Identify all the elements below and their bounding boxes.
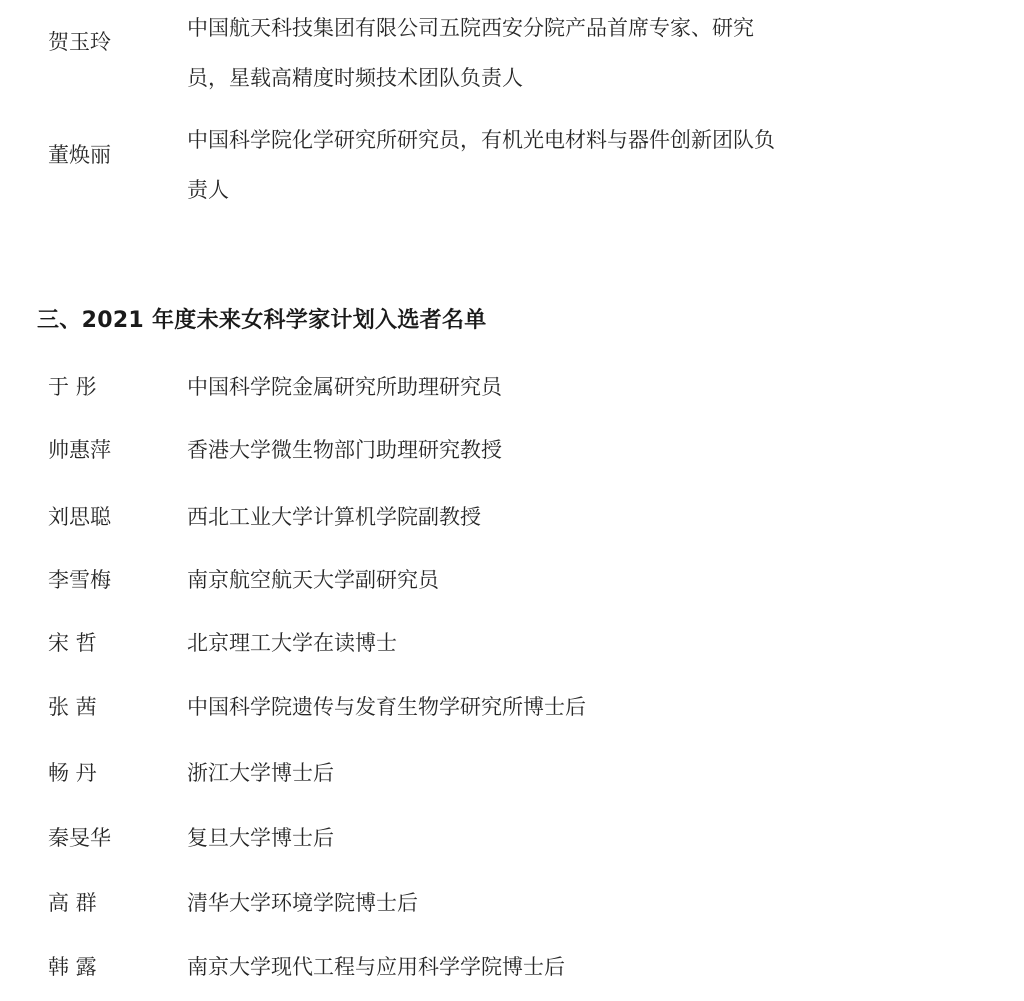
- recipient-name: 宋 哲: [48, 631, 97, 655]
- document-page: 贺玉玲 中国航天科技集团有限公司五院西安分院产品首席专家、研究 员，星载高精度时…: [0, 0, 1024, 1001]
- recipient-affiliation: 西北工业大学计算机学院副教授: [187, 505, 481, 529]
- recipient-desc-line: 责人: [187, 178, 229, 202]
- recipient-name: 韩 露: [48, 955, 97, 979]
- section-heading: 三、2021 年度未来女科学家计划入选者名单: [37, 308, 487, 333]
- recipient-affiliation: 复旦大学博士后: [187, 826, 334, 850]
- recipient-desc-line: 中国航天科技集团有限公司五院西安分院产品首席专家、研究: [187, 16, 754, 40]
- recipient-name: 贺玉玲: [48, 30, 111, 54]
- recipient-name: 帅惠萍: [48, 438, 111, 462]
- recipient-desc-line: 员，星载高精度时频技术团队负责人: [187, 66, 523, 90]
- recipient-name: 秦旻华: [48, 826, 111, 850]
- recipient-name: 畅 丹: [48, 761, 97, 785]
- recipient-name: 董焕丽: [48, 143, 111, 167]
- recipient-name: 于 彤: [48, 375, 97, 399]
- recipient-name: 刘思聪: [48, 505, 111, 529]
- recipient-name: 张 茜: [48, 695, 97, 719]
- recipient-affiliation: 浙江大学博士后: [187, 761, 334, 785]
- recipient-name: 高 群: [48, 891, 97, 915]
- recipient-affiliation: 中国科学院金属研究所助理研究员: [187, 375, 502, 399]
- recipient-affiliation: 香港大学微生物部门助理研究教授: [187, 438, 502, 462]
- recipient-name: 李雪梅: [48, 568, 111, 592]
- recipient-affiliation: 清华大学环境学院博士后: [187, 891, 418, 915]
- recipient-desc-line: 中国科学院化学研究所研究员，有机光电材料与器件创新团队负: [187, 128, 775, 152]
- recipient-affiliation: 北京理工大学在读博士: [187, 631, 397, 655]
- recipient-affiliation: 中国科学院遗传与发育生物学研究所博士后: [187, 695, 586, 719]
- recipient-affiliation: 南京大学现代工程与应用科学学院博士后: [187, 955, 565, 979]
- recipient-affiliation: 南京航空航天大学副研究员: [187, 568, 439, 592]
